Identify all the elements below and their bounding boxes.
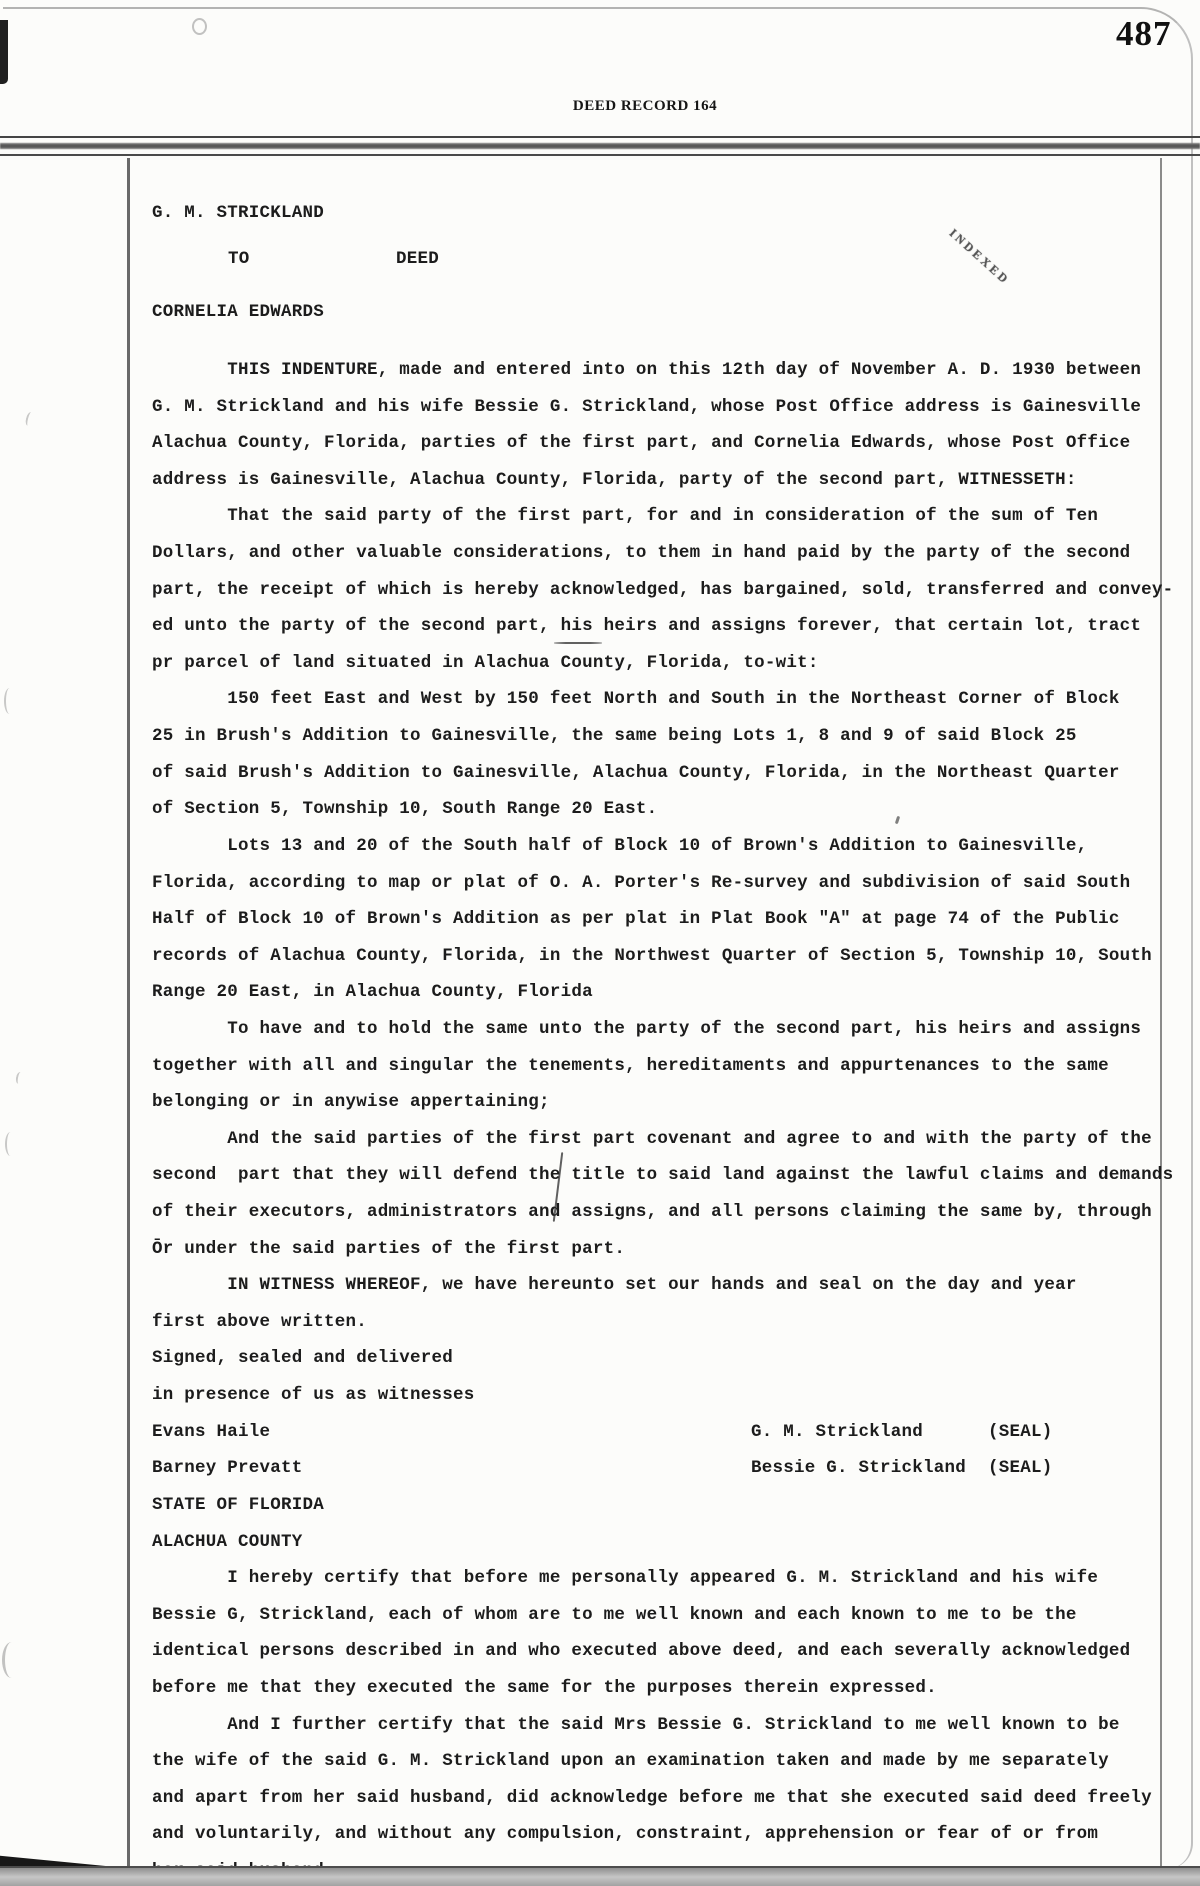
- deed-line-text: STATE OF FLORIDA: [152, 1495, 324, 1515]
- deed-line: Barney PrevattBessie G. Strickland(SEAL): [152, 1450, 1182, 1487]
- deed-line-text: ed unto the party of the second part, hi…: [152, 616, 1141, 636]
- paper-hole-mark: [192, 18, 207, 35]
- deed-line: and voluntarily, and without any compuls…: [152, 1816, 1182, 1853]
- signature-name: Bessie G. Strickland: [751, 1450, 966, 1487]
- margin-mark: [4, 688, 15, 714]
- deed-line: ALACHUA COUNTY: [152, 1524, 1182, 1561]
- deed-line: STATE OF FLORIDA: [152, 1487, 1182, 1524]
- signature-name: G. M. Strickland: [751, 1414, 923, 1451]
- left-margin-rule: [127, 158, 130, 1866]
- deed-line-text: THIS INDENTURE, made and entered into on…: [152, 360, 1141, 380]
- book-header: DEED RECORD 164: [90, 98, 1200, 115]
- deed-line-text: G. M. Strickland and his wife Bessie G. …: [152, 397, 1141, 417]
- deed-line: Evans HaileG. M. Strickland(SEAL): [152, 1414, 1182, 1451]
- deed-line-text: Range 20 East, in Alachua County, Florid…: [152, 982, 593, 1002]
- deed-line-text: of their executors, administrators and a…: [152, 1202, 1152, 1222]
- deed-line: identical persons described in and who e…: [152, 1633, 1182, 1670]
- deed-line: Alachua County, Florida, parties of the …: [152, 425, 1182, 462]
- deed-line: of Section 5, Township 10, South Range 2…: [152, 791, 1182, 828]
- deed-line-text: Dollars, and other valuable consideratio…: [152, 543, 1130, 563]
- indexed-stamp: INDEXED: [946, 226, 1013, 288]
- deed-line-text: of Section 5, Township 10, South Range 2…: [152, 799, 657, 819]
- deed-line-text: Half of Block 10 of Brown's Addition as …: [152, 909, 1120, 929]
- deed-line: pr parcel of land situated in Alachua Co…: [152, 645, 1182, 682]
- deed-line-text: And I further certify that the said Mrs …: [152, 1715, 1120, 1735]
- page-number: 487: [1116, 14, 1172, 54]
- grantee-name: CORNELIA EDWARDS: [152, 302, 324, 322]
- deed-line: part, the receipt of which is hereby ack…: [152, 572, 1182, 609]
- deed-line-text: That the said party of the first part, f…: [152, 506, 1098, 526]
- margin-mark: [24, 411, 34, 426]
- deed-line-text: in presence of us as witnesses: [152, 1385, 475, 1405]
- header-rule-top: [0, 136, 1200, 138]
- seal-label: (SEAL): [988, 1450, 1053, 1487]
- deed-line-text: IN WITNESS WHEREOF, we have hereunto set…: [152, 1275, 1077, 1295]
- deed-line-text: Barney Prevatt: [152, 1458, 303, 1478]
- grantor-name: G. M. STRICKLAND: [152, 203, 324, 223]
- deed-line: the wife of the said G. M. Strickland up…: [152, 1743, 1182, 1780]
- caption-connector: TO: [228, 249, 250, 269]
- deed-line-text: And the said parties of the first part c…: [152, 1129, 1152, 1149]
- header-rule-bottom: [0, 154, 1200, 156]
- deed-line: THIS INDENTURE, made and entered into on…: [152, 352, 1182, 389]
- deed-line-text: belonging or in anywise appertaining;: [152, 1092, 550, 1112]
- margin-mark: [15, 1071, 24, 1084]
- deed-line: Lots 13 and 20 of the South half of Bloc…: [152, 828, 1182, 865]
- deed-line-text: 150 feet East and West by 150 feet North…: [152, 689, 1120, 709]
- deed-line: And I further certify that the said Mrs …: [152, 1707, 1182, 1744]
- deed-line: 25 in Brush's Addition to Gainesville, t…: [152, 718, 1182, 755]
- deed-line: records of Alachua County, Florida, in t…: [152, 938, 1182, 975]
- deed-line: before me that they executed the same fo…: [152, 1670, 1182, 1707]
- margin-mark: [5, 1132, 16, 1156]
- deed-line-text: pr parcel of land situated in Alachua Co…: [152, 653, 819, 673]
- deed-line: That the said party of the first part, f…: [152, 498, 1182, 535]
- deed-line-text: before me that they executed the same fo…: [152, 1678, 937, 1698]
- deed-line: Bessie G, Strickland, each of whom are t…: [152, 1597, 1182, 1634]
- deed-line: Dollars, and other valuable consideratio…: [152, 535, 1182, 572]
- header-rule-thick: [0, 143, 1200, 149]
- deed-line: belonging or in anywise appertaining;: [152, 1084, 1182, 1121]
- deed-line-text: Ōr under the said parties of the first p…: [152, 1239, 625, 1259]
- deed-line: second part that they will defend the ti…: [152, 1157, 1182, 1194]
- deed-line-text: ALACHUA COUNTY: [152, 1532, 303, 1552]
- deed-line-text: part, the receipt of which is hereby ack…: [152, 580, 1173, 600]
- deed-line-text: together with all and singular the tenem…: [152, 1056, 1109, 1076]
- deed-line: Range 20 East, in Alachua County, Florid…: [152, 974, 1182, 1011]
- deed-line-text: identical persons described in and who e…: [152, 1641, 1130, 1661]
- margin-mark: [2, 1642, 21, 1678]
- deed-line-text: Bessie G, Strickland, each of whom are t…: [152, 1605, 1077, 1625]
- scan-corner-mark: [0, 20, 8, 84]
- page-bottom-edge: [0, 1866, 1200, 1886]
- seal-label: (SEAL): [988, 1414, 1053, 1451]
- deed-line-text: the wife of the said G. M. Strickland up…: [152, 1751, 1109, 1771]
- deed-line-text: Lots 13 and 20 of the South half of Bloc…: [152, 836, 1087, 856]
- deed-line: 150 feet East and West by 150 feet North…: [152, 681, 1182, 718]
- deed-line-text: address is Gainesville, Alachua County, …: [152, 470, 1077, 490]
- deed-line-text: Alachua County, Florida, parties of the …: [152, 433, 1130, 453]
- deed-line: in presence of us as witnesses: [152, 1377, 1182, 1414]
- deed-line-text: Florida, according to map or plat of O. …: [152, 873, 1130, 893]
- deed-line-text: and voluntarily, and without any compuls…: [152, 1824, 1098, 1844]
- deed-line: first above written.: [152, 1304, 1182, 1341]
- deed-line: address is Gainesville, Alachua County, …: [152, 462, 1182, 499]
- deed-line-text: first above written.: [152, 1312, 367, 1332]
- deed-line-text: To have and to hold the same unto the pa…: [152, 1019, 1141, 1039]
- deed-line-text: Evans Haile: [152, 1422, 270, 1442]
- deed-line: Ōr under the said parties of the first p…: [152, 1231, 1182, 1268]
- deed-line: of their executors, administrators and a…: [152, 1194, 1182, 1231]
- deed-line: I hereby certify that before me personal…: [152, 1560, 1182, 1597]
- deed-line-text: and apart from her said husband, did ack…: [152, 1788, 1152, 1808]
- deed-line-text: second part that they will defend the ti…: [152, 1165, 1173, 1185]
- deed-line-text: records of Alachua County, Florida, in t…: [152, 946, 1152, 966]
- deed-line: Signed, sealed and delivered: [152, 1340, 1182, 1377]
- deed-line-text: 25 in Brush's Addition to Gainesville, t…: [152, 726, 1077, 746]
- deed-record-page: 487 DEED RECORD 164 INDEXED G. M. STRICK…: [0, 0, 1200, 1886]
- deed-line: Florida, according to map or plat of O. …: [152, 865, 1182, 902]
- deed-line: together with all and singular the tenem…: [152, 1048, 1182, 1085]
- deed-line: of said Brush's Addition to Gainesville,…: [152, 755, 1182, 792]
- instrument-type: DEED: [396, 249, 439, 269]
- deed-line: Half of Block 10 of Brown's Addition as …: [152, 901, 1182, 938]
- deed-line: G. M. Strickland and his wife Bessie G. …: [152, 389, 1182, 426]
- deed-line-text: of said Brush's Addition to Gainesville,…: [152, 763, 1120, 783]
- deed-line: IN WITNESS WHEREOF, we have hereunto set…: [152, 1267, 1182, 1304]
- deed-body: THIS INDENTURE, made and entered into on…: [152, 352, 1182, 1886]
- deed-line: and apart from her said husband, did ack…: [152, 1780, 1182, 1817]
- deed-line-text: I hereby certify that before me personal…: [152, 1568, 1098, 1588]
- his-underline-mark: [554, 642, 602, 644]
- deed-line: To have and to hold the same unto the pa…: [152, 1011, 1182, 1048]
- deed-line: And the said parties of the first part c…: [152, 1121, 1182, 1158]
- deed-line: ed unto the party of the second part, hi…: [152, 608, 1182, 645]
- deed-line-text: Signed, sealed and delivered: [152, 1348, 453, 1368]
